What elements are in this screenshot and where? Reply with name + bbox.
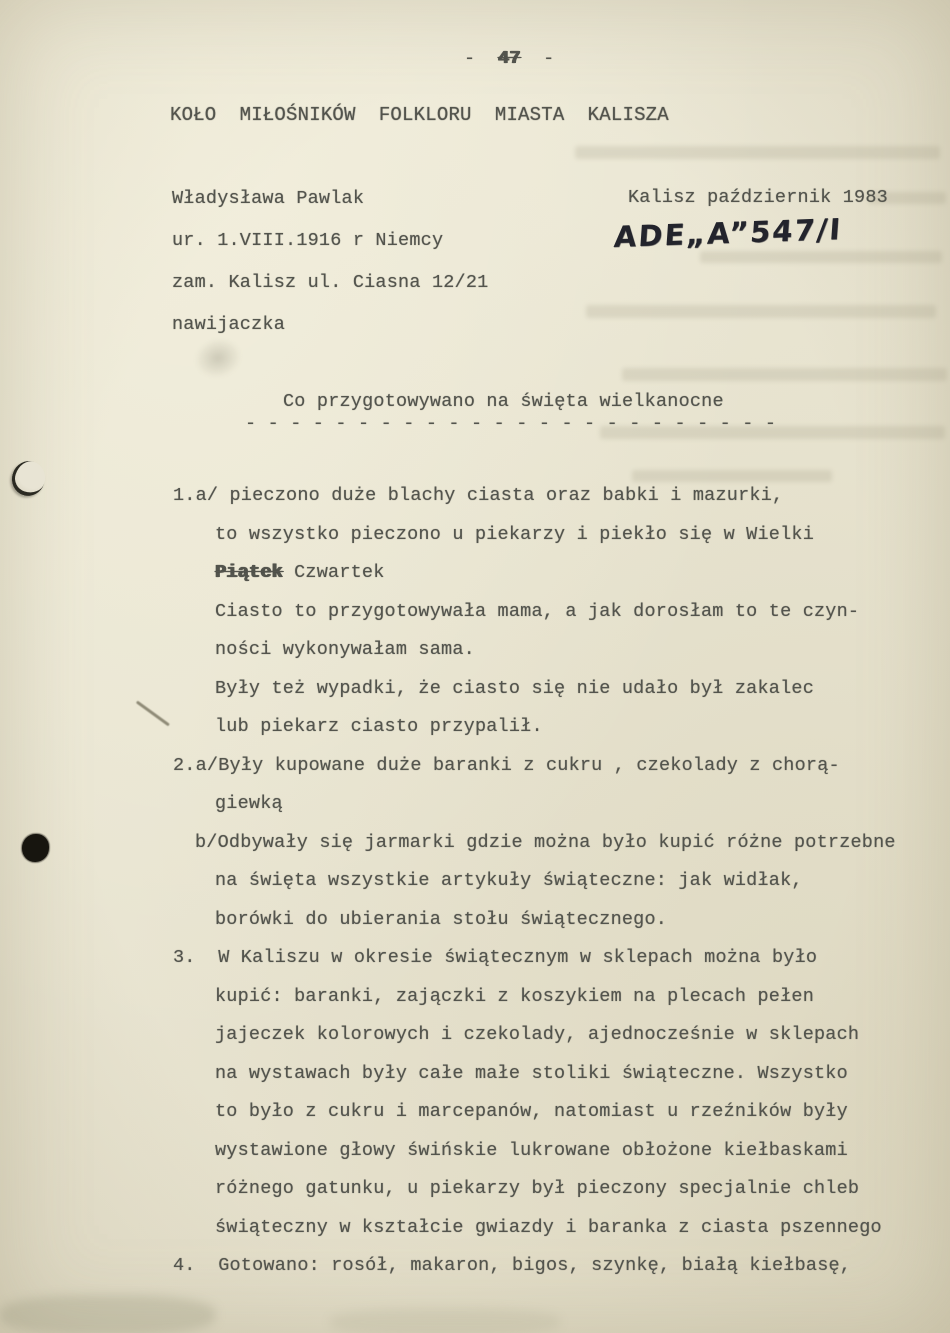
page-number: - 47 - bbox=[464, 48, 554, 69]
bleed-through-artifact bbox=[575, 146, 940, 159]
bleed-through-artifact bbox=[622, 368, 947, 381]
text-line: kupić: baranki, zajączki z koszykiem na … bbox=[173, 978, 913, 1017]
organization-header: KOŁO MIŁOŚNIKÓW FOLKLORU MIASTA KALISZA bbox=[170, 104, 669, 126]
body-text: 1.a/ pieczono duże blachy ciasta oraz ba… bbox=[173, 477, 913, 1286]
text-line: ności wykonywałam sama. bbox=[173, 631, 913, 670]
title-underline: - - - - - - - - - - - - - - - - - - - - … bbox=[245, 413, 776, 434]
author-name: Władysława Pawlak bbox=[172, 188, 364, 209]
text-line: b/Odbywały się jarmarki gdzie można było… bbox=[173, 824, 913, 863]
text-line: giewką bbox=[173, 785, 913, 824]
page-number-dash-right: - bbox=[543, 48, 554, 69]
author-occupation: nawijaczka bbox=[172, 314, 285, 335]
bleed-through-artifact bbox=[700, 251, 942, 263]
struck-text: Piątek bbox=[215, 562, 283, 583]
text-line: 1.a/ pieczono duże blachy ciasta oraz ba… bbox=[173, 477, 913, 516]
section-title: Co przygotowywano na święta wielkanocne bbox=[283, 391, 724, 412]
text-line: Ciasto to przygotowywała mama, a jak dor… bbox=[173, 593, 913, 632]
date-place: Kalisz październik 1983 bbox=[628, 187, 888, 208]
text-line: jajeczek kolorowych i czekolady, ajednoc… bbox=[173, 1016, 913, 1055]
text-line: różnego gatunku, u piekarzy był pieczony… bbox=[173, 1170, 913, 1209]
text-line: świąteczny w kształcie gwiazdy i baranka… bbox=[173, 1209, 913, 1248]
ink-dot-mark bbox=[22, 834, 49, 862]
text-line: to wszystko pieczono u piekarzy i piekło… bbox=[173, 516, 913, 555]
text-line: na święta wszystkie artykuły świąteczne:… bbox=[173, 862, 913, 901]
text-line: na wystawach były całe małe stoliki świą… bbox=[173, 1055, 913, 1094]
document-scan-page: { "page": { "dash_left": "-", "number": … bbox=[0, 0, 950, 1333]
text-line: 4. Gotowano: rosół, makaron, bigos, szyn… bbox=[173, 1247, 913, 1286]
text-line: lub piekarz ciasto przypalił. bbox=[173, 708, 913, 747]
text-line: Piątek Czwartek bbox=[173, 554, 913, 593]
text-line: 2.a/Były kupowane duże baranki z cukru ,… bbox=[173, 747, 913, 786]
bleed-through-artifact bbox=[0, 1295, 215, 1333]
text-line: borówki do ubierania stołu świątecznego. bbox=[173, 901, 913, 940]
author-birth: ur. 1.VIII.1916 r Niemcy bbox=[172, 230, 443, 251]
text-line: Były też wypadki, że ciasto się nie udał… bbox=[173, 670, 913, 709]
text-line: to było z cukru i marcepanów, natomiast … bbox=[173, 1093, 913, 1132]
page-number-dash-left: - bbox=[464, 48, 475, 69]
bleed-through-artifact bbox=[586, 305, 936, 318]
bleed-through-artifact bbox=[330, 1308, 560, 1333]
text-line: wystawione głowy świńskie lukrowane obło… bbox=[173, 1132, 913, 1171]
author-address: zam. Kalisz ul. Ciasna 12/21 bbox=[172, 272, 488, 293]
page-number-struck: 47 bbox=[498, 48, 521, 69]
text-line: 3. W Kaliszu w okresie świątecznym w skl… bbox=[173, 939, 913, 978]
